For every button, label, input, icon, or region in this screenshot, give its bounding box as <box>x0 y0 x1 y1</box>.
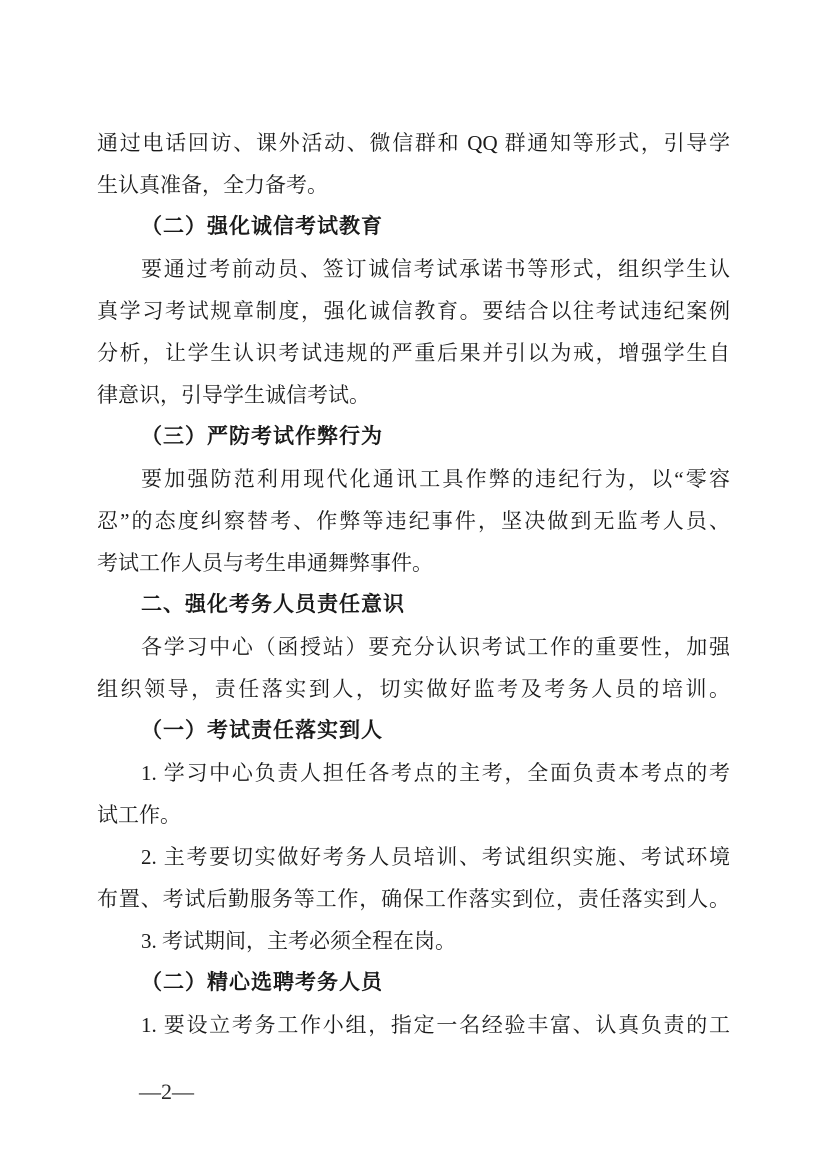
paragraph-line: 通过电话回访、课外活动、微信群和 QQ 群通知等形式，引导学 <box>97 122 730 164</box>
section-heading: （一）考试责任落实到人 <box>97 710 730 752</box>
paragraph-line: 各学习中心（函授站）要充分认识考试工作的重要性，加强 <box>97 626 730 668</box>
paragraph-line: 布置、考试后勤服务等工作，确保工作落实到位，责任落实到人。 <box>97 878 730 920</box>
paragraph-line: 1. 要设立考务工作小组，指定一名经验丰富、认真负责的工 <box>97 1004 730 1046</box>
section-heading: 二、强化考务人员责任意识 <box>97 584 730 626</box>
paragraph-line: 律意识，引导学生诚信考试。 <box>97 374 730 416</box>
paragraph-line: 考试工作人员与考生串通舞弊事件。 <box>97 542 730 584</box>
paragraph-line: 要加强防范利用现代化通讯工具作弊的违纪行为，以“零容 <box>97 458 730 500</box>
paragraph-line: 真学习考试规章制度，强化诚信教育。要结合以往考试违纪案例 <box>97 290 730 332</box>
paragraph-line: 3. 考试期间，主考必须全程在岗。 <box>97 920 730 962</box>
paragraph-line: 组织领导，责任落实到人，切实做好监考及考务人员的培训。 <box>97 668 730 710</box>
document-page: 通过电话回访、课外活动、微信群和 QQ 群通知等形式，引导学 生认真准备，全力备… <box>0 0 828 1170</box>
paragraph-line: 1. 学习中心负责人担任各考点的主考，全面负责本考点的考 <box>97 752 730 794</box>
paragraph-line: 要通过考前动员、签订诚信考试承诺书等形式，组织学生认 <box>97 248 730 290</box>
paragraph-line: 试工作。 <box>97 794 730 836</box>
section-heading: （二）精心选聘考务人员 <box>97 962 730 1004</box>
document-body: 通过电话回访、课外活动、微信群和 QQ 群通知等形式，引导学 生认真准备，全力备… <box>97 122 730 1046</box>
paragraph-line: 2. 主考要切实做好考务人员培训、考试组织实施、考试环境 <box>97 836 730 878</box>
section-heading: （二）强化诚信考试教育 <box>97 206 730 248</box>
paragraph-line: 生认真准备，全力备考。 <box>97 164 730 206</box>
section-heading: （三）严防考试作弊行为 <box>97 416 730 458</box>
paragraph-line: 分析，让学生认识考试违规的严重后果并引以为戒，增强学生自 <box>97 332 730 374</box>
page-number: —2— <box>139 1071 194 1113</box>
paragraph-line: 忍”的态度纠察替考、作弊等违纪事件，坚决做到无监考人员、 <box>97 500 730 542</box>
